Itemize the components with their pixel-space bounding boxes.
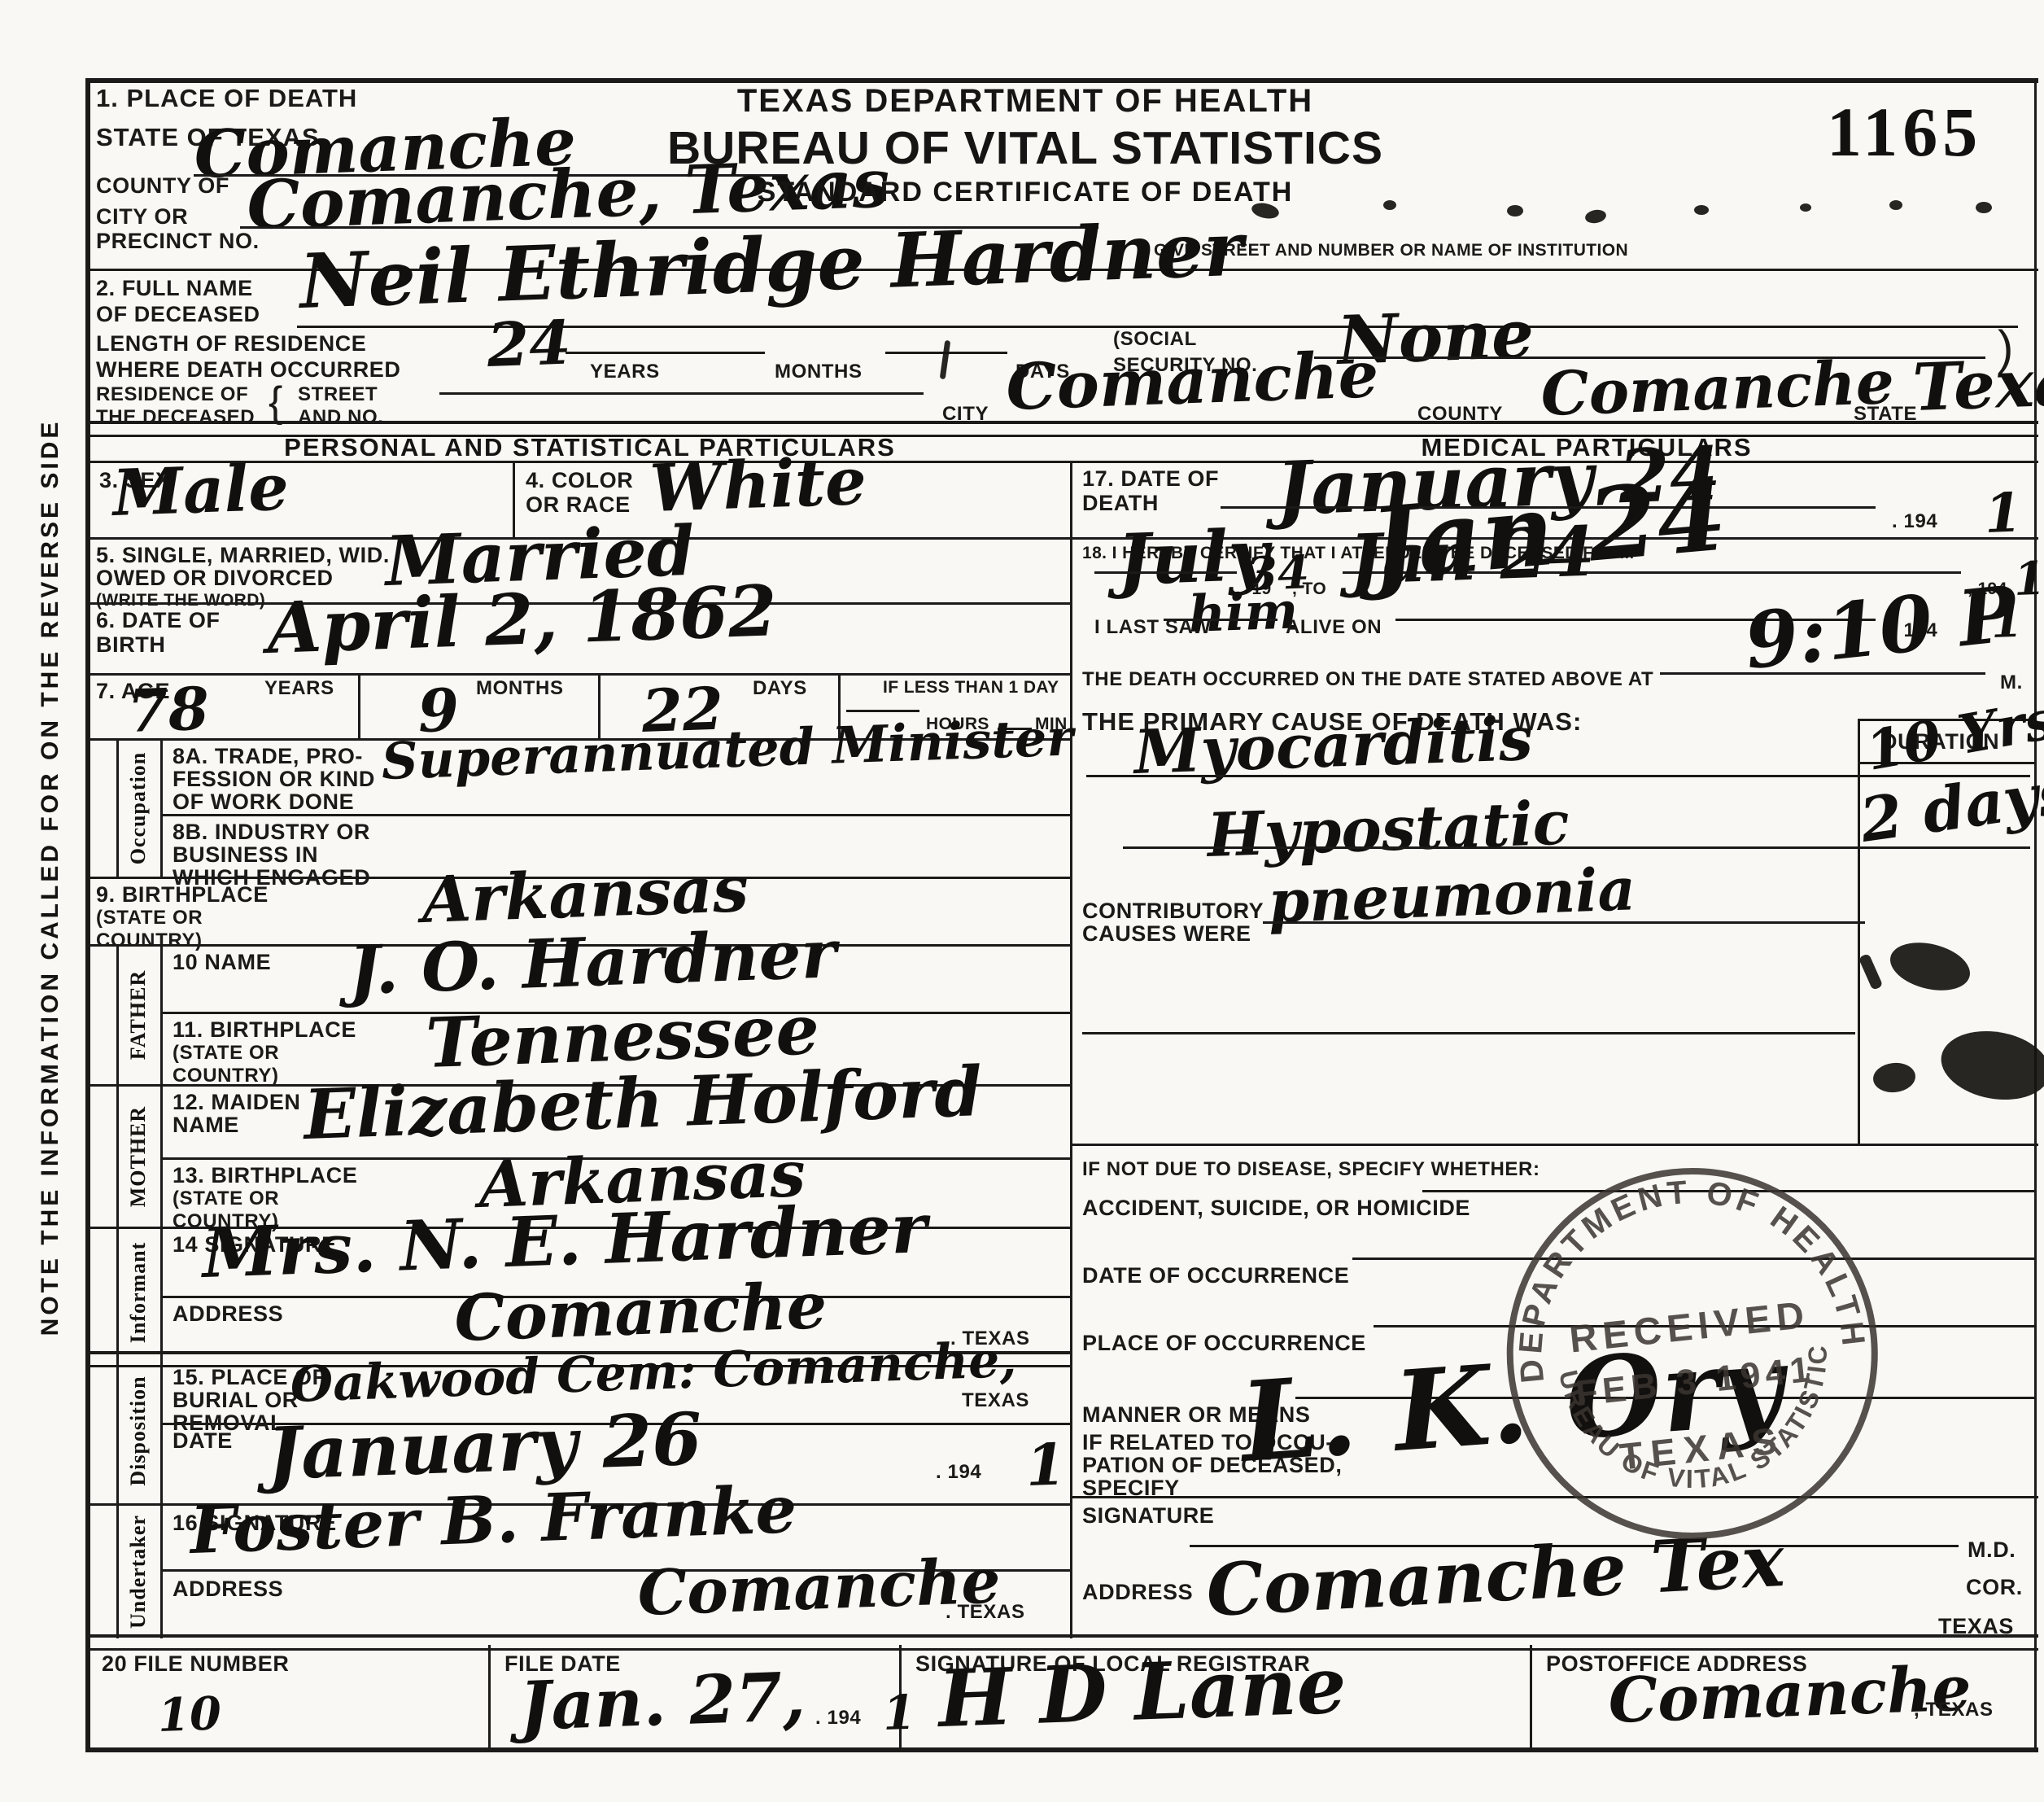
rule-v (1530, 1645, 1532, 1747)
age-days-label: DAYS (753, 678, 807, 699)
age-years-label: YEARS (264, 678, 334, 699)
rule-h (85, 537, 2038, 540)
age-less-label: IF LESS THAN 1 DAY (883, 678, 1059, 697)
age-months-label: MONTHS (476, 678, 564, 699)
contributory-label-1: CONTRIBUTORY (1082, 899, 1264, 924)
residence-label-1: RESIDENCE OF (96, 384, 248, 405)
mother-bp-label-1: 13. BIRTHPLACE (173, 1164, 357, 1188)
mother-bp-label-2: (STATE OR (173, 1188, 279, 1209)
birth-date-value: April 2, 1862 (266, 576, 778, 664)
occurrence-date-label: DATE OF OCCURRENCE (1082, 1264, 1349, 1288)
burial-label-2: BURIAL OR (173, 1389, 299, 1413)
ink-speck (1507, 205, 1523, 217)
residence-length-label-2: WHERE DEATH OCCURRED (96, 358, 401, 383)
trade-value: Superannuated Minister (381, 712, 1074, 787)
street-label-1: STREET (298, 384, 378, 405)
blank-line (1094, 571, 1237, 574)
ink-speck (1800, 203, 1811, 212)
not-disease-label: IF NOT DUE TO DISEASE, SPECIFY WHETHER: (1082, 1159, 1540, 1180)
border-right (2034, 78, 2037, 1752)
accident-label: ACCIDENT, SUICIDE, OR HOMICIDE (1082, 1196, 1470, 1221)
industry-label-2: BUSINESS IN (173, 843, 318, 868)
rule-h (1070, 1144, 2038, 1146)
strip-line (160, 738, 163, 877)
undertaker-address-label: ADDRESS (173, 1577, 283, 1602)
father-bp-label-2: (STATE OR (173, 1043, 279, 1064)
physician-address-label: ADDRESS (1082, 1581, 1193, 1605)
physician-sig-label: SIGNATURE (1082, 1504, 1214, 1529)
file-date-year-printed: . 194 (815, 1708, 861, 1729)
stamp-outer-circle (1492, 1153, 1893, 1554)
burial-year-printed: . 194 (936, 1462, 981, 1483)
personal-section-header: PERSONAL AND STATISTICAL PARTICULARS (187, 433, 993, 462)
birthplace-label-3: COUNTRY) (96, 930, 203, 951)
occurred-time-value: 9:10 P (1741, 576, 2020, 680)
informant-address-label: ADDRESS (173, 1302, 283, 1327)
alive-label: ALIVE ON (1286, 617, 1382, 638)
full-name-label-1: 2. FULL NAME (96, 277, 253, 301)
city-label-1: CITY OR (96, 205, 188, 230)
header-bureau: BUREAU OF VITAL STATISTICS (651, 121, 1400, 175)
undertaker-address-state: . TEXAS (946, 1602, 1025, 1623)
ink-blot (1885, 935, 1975, 999)
header-standard: STANDARD CERTIFICATE OF DEATH (651, 177, 1400, 208)
blank-line (846, 710, 919, 712)
burial-year-digit: 1 (1025, 1436, 1067, 1494)
section-mother: MOTHER (126, 1091, 151, 1222)
received-stamp-svg: DEPARTMENT OF HEALTH RECEIVED FEB 3 1941… (1482, 1144, 1902, 1564)
residence-brace: { (269, 379, 283, 426)
certificate-number: 1165 (1827, 91, 1982, 173)
rule-h (85, 673, 1070, 676)
file-number-label: 20 FILE NUMBER (102, 1652, 289, 1677)
occurred-label: THE DEATH OCCURRED ON THE DATE STATED AB… (1082, 669, 1653, 690)
ink-blot (1936, 1023, 2044, 1108)
cor-label: COR. (1966, 1576, 2023, 1600)
blank-line (1164, 619, 1277, 621)
ink-speck (1694, 205, 1709, 215)
blank-line (1263, 921, 1865, 924)
death-date-label-1: 17. DATE OF (1082, 467, 1219, 492)
margin-note: NOTE THE INFORMATION CALLED FOR ON THE R… (37, 287, 69, 1467)
industry-label-1: 8B. INDUSTRY OR (173, 820, 370, 845)
strip-line (116, 738, 119, 877)
birth-label-2: BIRTH (96, 633, 166, 658)
cause-2-value: Hypostatic (1206, 794, 1570, 866)
marital-label-3: (WRITE THE WORD) (96, 591, 265, 610)
trade-label-1: 8A. TRADE, PRO- (173, 745, 363, 769)
birthplace-label-2: (STATE OR (96, 908, 203, 929)
ink-blot (1871, 1061, 1916, 1094)
strip-line (160, 944, 163, 1638)
stamp-date-text: FEB 3 1941 (1574, 1349, 1816, 1415)
father-name-label: 10 NAME (173, 951, 271, 975)
file-date-year-digit: 1 (882, 1689, 916, 1737)
res-county-value: Comanche (1540, 352, 1895, 425)
ink-speck (1889, 200, 1902, 210)
ink-speck (1383, 200, 1396, 210)
undertaker-signature: Foster B. Franke (189, 1476, 797, 1563)
race-label-1: 4. COLOR (526, 469, 633, 493)
city-label-2: PRECINCT NO. (96, 230, 260, 254)
marital-label-1: 5. SINGLE, MARRIED, WID. (96, 544, 390, 568)
rule-v (358, 673, 360, 738)
residence-years-value: 24 (486, 313, 572, 376)
blank-line (566, 352, 765, 354)
rule-h (160, 814, 1070, 816)
stamp-received-text: RECEIVED (1567, 1292, 1811, 1361)
section-occupation: Occupation (126, 727, 151, 890)
header-dept: TEXAS DEPARTMENT OF HEALTH (651, 83, 1400, 120)
full-name-label-2: OF DECEASED (96, 303, 260, 327)
residence-length-label-1: LENGTH OF RESIDENCE (96, 332, 366, 356)
stray-pen-stroke (940, 340, 951, 380)
postoffice-state: , TEXAS (1914, 1699, 1994, 1721)
last-saw-value: him (1188, 585, 1299, 640)
death-year-digit: 1 (1984, 485, 2023, 540)
border-left (85, 78, 90, 1752)
maiden-label-2: NAME (173, 1113, 239, 1138)
strip-line (116, 944, 119, 1638)
blank-line (1082, 1032, 1855, 1034)
sex-value: Male (111, 457, 290, 526)
file-number-value: 10 (157, 1690, 222, 1739)
ink-speck (1976, 202, 1992, 213)
alive-date-value: Jan 24 (1366, 464, 1730, 594)
maiden-label-1: 12. MAIDEN (173, 1091, 301, 1115)
street-blank-line (439, 392, 924, 395)
blank-line (1086, 775, 2030, 777)
burial-state-label: TEXAS (962, 1390, 1029, 1411)
file-date-value: Jan. 27, (518, 1664, 806, 1740)
received-stamp: DEPARTMENT OF HEALTH RECEIVED FEB 3 1941… (1482, 1144, 1902, 1568)
rule-h (85, 461, 2038, 463)
death-certificate-scan: NOTE THE INFORMATION CALLED FOR ON THE R… (0, 0, 2044, 1802)
place-of-death-title: 1. PLACE OF DEATH (96, 85, 357, 112)
father-bp-label-1: 11. BIRTHPLACE (173, 1018, 356, 1043)
border-bottom (85, 1747, 2038, 1752)
md-label: M.D. (1968, 1538, 2016, 1563)
years-label: YEARS (590, 361, 660, 383)
ink-blot (1858, 953, 1884, 991)
trade-label-3: OF WORK DONE (173, 790, 354, 815)
contributory-label-2: CAUSES WERE (1082, 922, 1251, 947)
contributory-value: pneumonia (1267, 859, 1636, 931)
section-father: FATHER (126, 950, 151, 1080)
trade-label-2: FESSION OR KIND (173, 768, 375, 792)
cause-1-value: Myocarditis (1133, 709, 1533, 783)
occurred-m-label: M. (2000, 672, 2023, 693)
maiden-name-value: Elizabeth Holford (303, 1057, 983, 1149)
section-informant: Informant (126, 1219, 151, 1366)
res-state-value: Texas (1911, 348, 2044, 420)
blank-line (1123, 846, 2030, 849)
section-undertaker: Undertaker (126, 1490, 151, 1653)
res-city-value: Comanche (1005, 343, 1379, 420)
death-year-printed: . 194 (1892, 511, 1937, 532)
birthplace-label-1: 9. BIRTHPLACE (96, 883, 269, 908)
section-disposition: Disposition (126, 1349, 151, 1512)
ink-speck (1584, 208, 1607, 225)
birth-label-1: 6. DATE OF (96, 609, 221, 633)
duration-box-left (1858, 719, 1860, 1144)
death-date-label-2: DEATH (1082, 492, 1159, 516)
registrar-signature: H D Lane (937, 1647, 1347, 1739)
center-divider (1070, 461, 1072, 1638)
burial-date-label: DATE (173, 1429, 233, 1454)
months-label: MONTHS (775, 361, 863, 383)
rule-v (488, 1645, 491, 1747)
form-header: TEXAS DEPARTMENT OF HEALTH BUREAU OF VIT… (651, 83, 1400, 208)
